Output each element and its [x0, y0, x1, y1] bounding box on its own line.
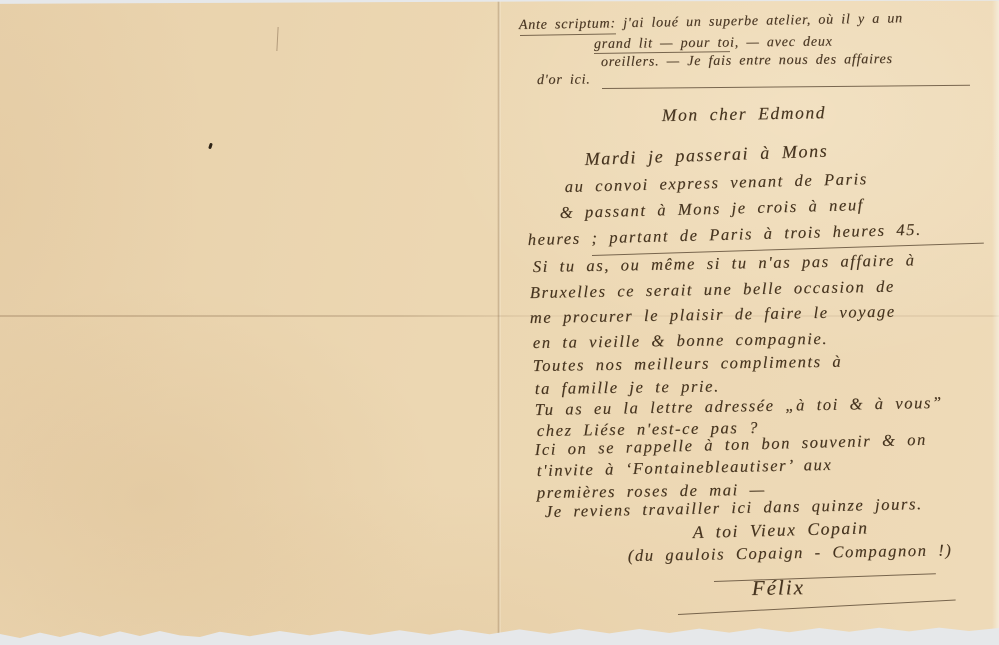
paper-right-edge [992, 0, 999, 638]
ante-scriptum-line: d'or ici. [537, 72, 591, 89]
body-line: Bruxelles ce serait une belle occasion d… [530, 277, 895, 303]
scanned-letter: Ante scriptum: j'ai loué un superbe atel… [0, 0, 999, 645]
body-line: Toutes nos meilleurs compliments à [533, 352, 843, 376]
body-line: au convoi express venant de Paris [564, 169, 868, 197]
signature-underline-flourish [678, 599, 956, 615]
body-line: me procurer le plaisir de faire le voyag… [530, 302, 896, 328]
body-line: Si tu as, ou même si tu n'as pas affaire… [533, 250, 916, 277]
ink-rule [602, 85, 970, 89]
ink-speck [208, 143, 213, 150]
ante-scriptum-line: grand lit — pour toi, — avec deux [594, 35, 833, 53]
paper-scratch [276, 27, 278, 51]
body-line: & passant à Mons je crois à neuf [559, 195, 864, 223]
vertical-fold-crease [497, 0, 501, 638]
closing-line: (du gaulois Copaign - Compagnon !) [628, 540, 953, 566]
salutation: Mon cher Edmond [662, 102, 827, 126]
body-line: heures ; partant de Paris à trois heures… [527, 220, 921, 250]
body-line: ta famille je te prie. [535, 376, 720, 399]
body-line: Mardi je passerai à Mons [584, 141, 828, 170]
signature-overline-flourish [714, 573, 936, 582]
ante-scriptum-line: oreillers. — Je fais entre nous des affa… [601, 52, 893, 71]
letter-paper: Ante scriptum: j'ai loué un superbe atel… [0, 0, 999, 638]
ante-scriptum-line: Ante scriptum: j'ai loué un superbe atel… [519, 11, 903, 34]
body-line: en ta vieille & bonne compagnie. [533, 329, 828, 353]
closing-line: A toi Vieux Copain [692, 517, 868, 543]
